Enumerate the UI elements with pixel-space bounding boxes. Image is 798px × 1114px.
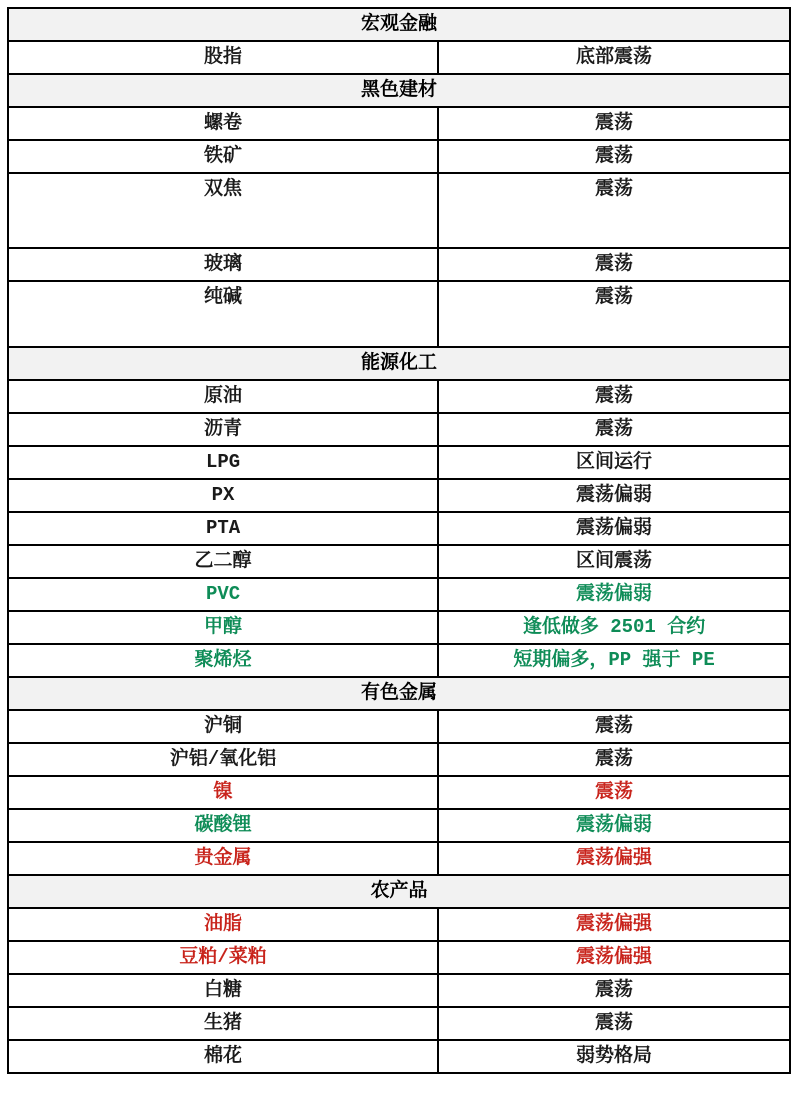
section-header: 农产品 (8, 875, 790, 908)
section-header-row: 黑色建材 (8, 74, 790, 107)
table-row: 股指底部震荡 (8, 41, 790, 74)
commodity-outlook-table: 宏观金融股指底部震荡黑色建材螺卷震荡铁矿震荡双焦震荡玻璃震荡纯碱震荡能源化工原油… (7, 7, 791, 1074)
commodity-name-cell: 螺卷 (8, 107, 438, 140)
commodity-name-cell: 双焦 (8, 173, 438, 248)
outlook-cell: 震荡偏弱 (438, 809, 790, 842)
table-row: 沪铜震荡 (8, 710, 790, 743)
commodity-name-cell: 股指 (8, 41, 438, 74)
section-header-row: 能源化工 (8, 347, 790, 380)
table-row: 铁矿震荡 (8, 140, 790, 173)
commodity-name-cell: 乙二醇 (8, 545, 438, 578)
table-row: 碳酸锂震荡偏弱 (8, 809, 790, 842)
table-body: 宏观金融股指底部震荡黑色建材螺卷震荡铁矿震荡双焦震荡玻璃震荡纯碱震荡能源化工原油… (8, 8, 790, 1073)
outlook-cell: 震荡 (438, 281, 790, 347)
commodity-name-cell: 豆粕/菜粕 (8, 941, 438, 974)
table-row: 油脂震荡偏强 (8, 908, 790, 941)
section-header: 黑色建材 (8, 74, 790, 107)
commodity-name-cell: 甲醇 (8, 611, 438, 644)
outlook-cell: 震荡 (438, 1007, 790, 1040)
outlook-cell: 弱势格局 (438, 1040, 790, 1073)
outlook-cell: 震荡 (438, 248, 790, 281)
table-row: 豆粕/菜粕震荡偏强 (8, 941, 790, 974)
table-row: 双焦震荡 (8, 173, 790, 248)
outlook-cell: 区间震荡 (438, 545, 790, 578)
section-header: 能源化工 (8, 347, 790, 380)
commodity-name-cell: PTA (8, 512, 438, 545)
table-row: 原油震荡 (8, 380, 790, 413)
outlook-cell: 震荡 (438, 710, 790, 743)
outlook-cell: 短期偏多，PP 强于 PE (438, 644, 790, 677)
commodity-name-cell: 沪铜 (8, 710, 438, 743)
outlook-cell: 底部震荡 (438, 41, 790, 74)
outlook-cell: 震荡偏强 (438, 842, 790, 875)
table-row: 生猪震荡 (8, 1007, 790, 1040)
commodity-name-cell: 白糖 (8, 974, 438, 1007)
outlook-cell: 震荡 (438, 107, 790, 140)
table-row: 聚烯烃短期偏多，PP 强于 PE (8, 644, 790, 677)
commodity-name-cell: 生猪 (8, 1007, 438, 1040)
outlook-cell: 震荡 (438, 140, 790, 173)
table-row: 乙二醇区间震荡 (8, 545, 790, 578)
commodity-name-cell: 铁矿 (8, 140, 438, 173)
outlook-cell: 震荡 (438, 974, 790, 1007)
outlook-cell: 震荡 (438, 380, 790, 413)
section-header-row: 农产品 (8, 875, 790, 908)
commodity-name-cell: 油脂 (8, 908, 438, 941)
table-row: 沪铝/氧化铝震荡 (8, 743, 790, 776)
table-row: 棉花弱势格局 (8, 1040, 790, 1073)
commodity-name-cell: 碳酸锂 (8, 809, 438, 842)
commodity-name-cell: 纯碱 (8, 281, 438, 347)
outlook-cell: 震荡偏弱 (438, 578, 790, 611)
commodity-name-cell: 原油 (8, 380, 438, 413)
table-row: 纯碱震荡 (8, 281, 790, 347)
commodity-name-cell: 沥青 (8, 413, 438, 446)
outlook-cell: 震荡 (438, 413, 790, 446)
outlook-cell: 震荡偏弱 (438, 479, 790, 512)
section-header-row: 宏观金融 (8, 8, 790, 41)
outlook-cell: 逢低做多 2501 合约 (438, 611, 790, 644)
commodity-name-cell: 贵金属 (8, 842, 438, 875)
commodity-name-cell: LPG (8, 446, 438, 479)
commodity-name-cell: 玻璃 (8, 248, 438, 281)
section-header: 有色金属 (8, 677, 790, 710)
outlook-cell: 区间运行 (438, 446, 790, 479)
outlook-cell: 震荡 (438, 173, 790, 248)
table-row: 玻璃震荡 (8, 248, 790, 281)
table-row: 贵金属震荡偏强 (8, 842, 790, 875)
outlook-cell: 震荡 (438, 776, 790, 809)
commodity-name-cell: PX (8, 479, 438, 512)
commodity-name-cell: 聚烯烃 (8, 644, 438, 677)
section-header-row: 有色金属 (8, 677, 790, 710)
outlook-cell: 震荡偏弱 (438, 512, 790, 545)
table-row: 甲醇逢低做多 2501 合约 (8, 611, 790, 644)
table-row: PX震荡偏弱 (8, 479, 790, 512)
section-header: 宏观金融 (8, 8, 790, 41)
outlook-cell: 震荡偏强 (438, 908, 790, 941)
table-row: 螺卷震荡 (8, 107, 790, 140)
table-row: PVC震荡偏弱 (8, 578, 790, 611)
table-row: 白糖震荡 (8, 974, 790, 1007)
commodity-name-cell: 镍 (8, 776, 438, 809)
table-row: LPG区间运行 (8, 446, 790, 479)
document: 宏观金融股指底部震荡黑色建材螺卷震荡铁矿震荡双焦震荡玻璃震荡纯碱震荡能源化工原油… (0, 0, 798, 1114)
table-row: 镍震荡 (8, 776, 790, 809)
table-row: 沥青震荡 (8, 413, 790, 446)
commodity-name-cell: 沪铝/氧化铝 (8, 743, 438, 776)
outlook-cell: 震荡 (438, 743, 790, 776)
commodity-name-cell: 棉花 (8, 1040, 438, 1073)
commodity-name-cell: PVC (8, 578, 438, 611)
outlook-cell: 震荡偏强 (438, 941, 790, 974)
table-row: PTA震荡偏弱 (8, 512, 790, 545)
